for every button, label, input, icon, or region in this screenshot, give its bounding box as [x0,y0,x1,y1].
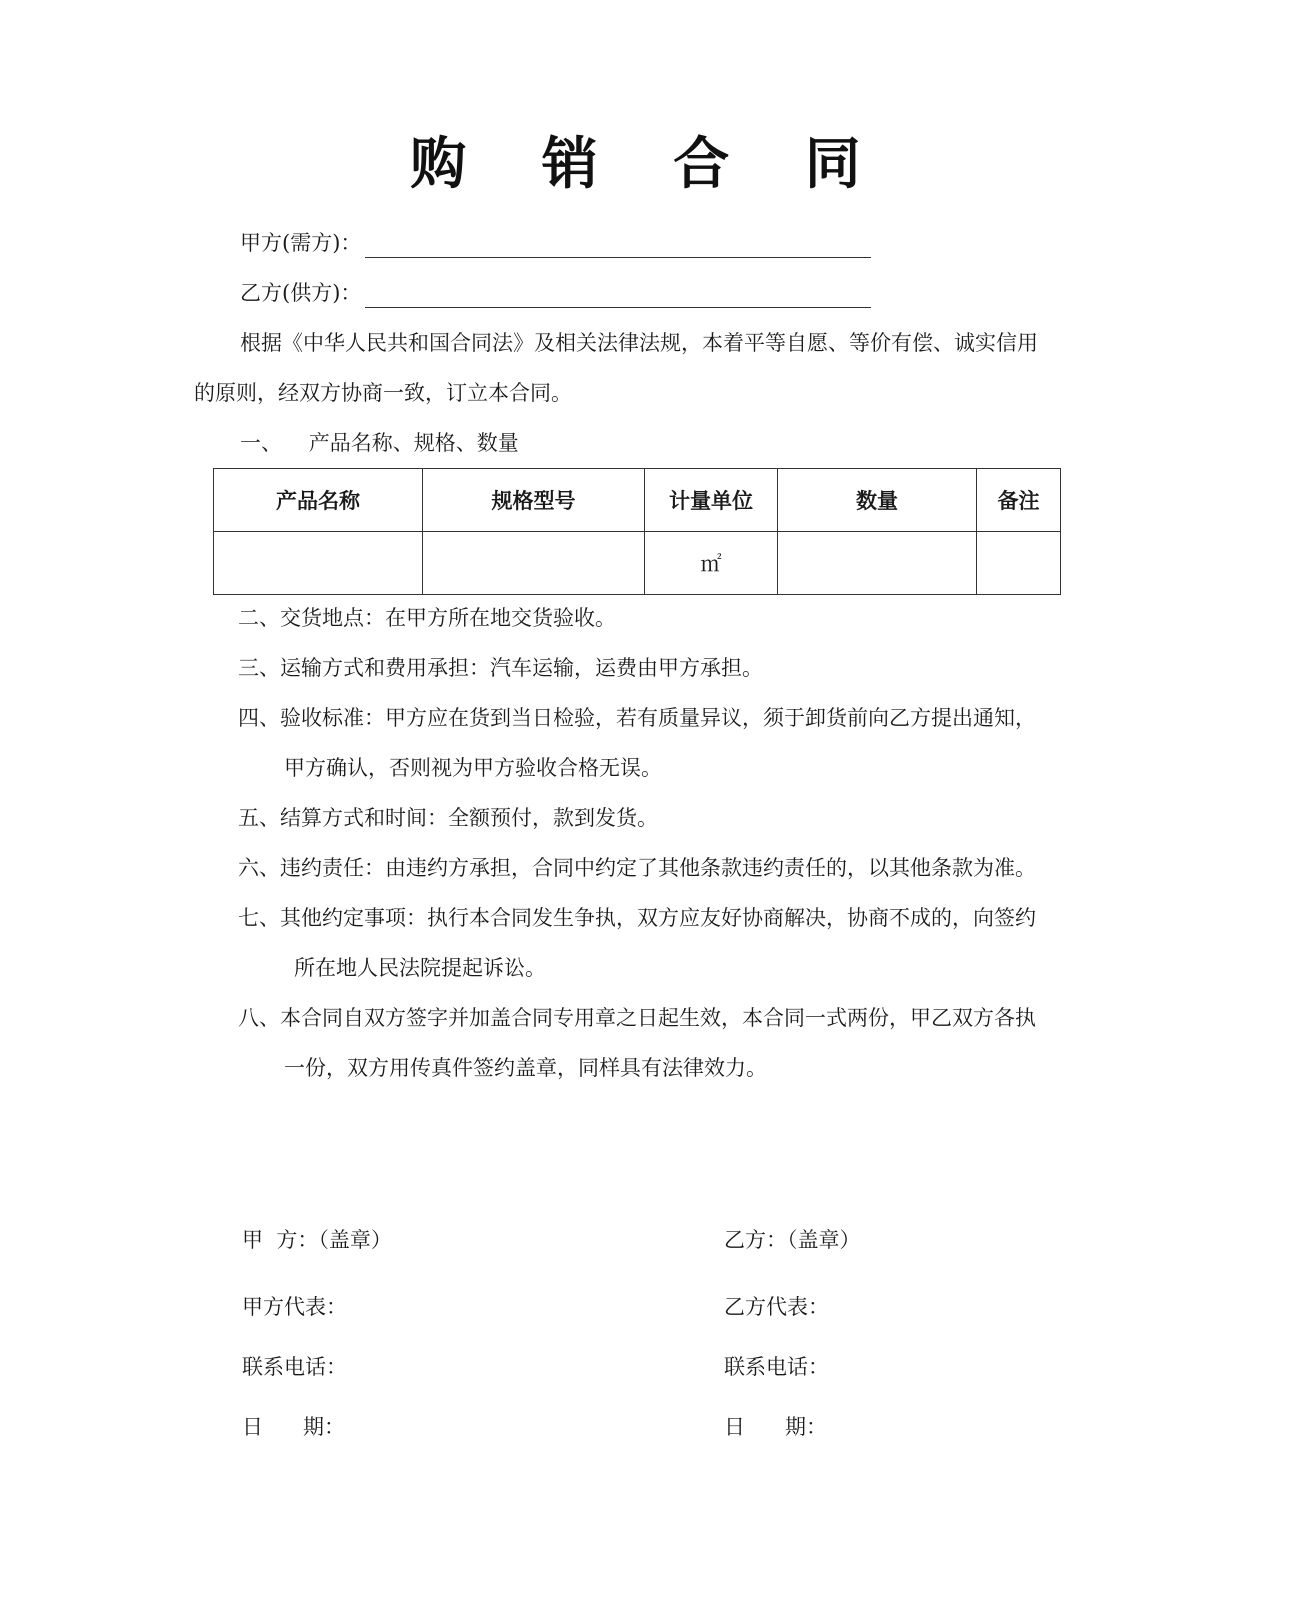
table-row: ㎡ [214,532,1061,595]
buyer-rep-label: 甲方代表： [242,1292,347,1322]
clause-8-line-2: 一份，双方用传真件签约盖章，同样具有法律效力。 [284,1053,767,1083]
clause-7-line-2: 所在地人民法院提起诉讼。 [294,953,546,983]
clause-6: 六、违约责任：由违约方承担，合同中约定了其他条款违约责任的，以其他条款为准。 [238,853,1036,883]
header-quantity: 数量 [778,469,977,532]
buyer-date-label: 日 期： [242,1412,345,1442]
header-remarks: 备注 [977,469,1061,532]
seller-blank-field[interactable] [365,285,871,308]
buyer-seal-label: 甲 方：（盖章） [242,1225,392,1255]
header-spec-model: 规格型号 [423,469,645,532]
seller-label: 乙方(供方)： [240,281,361,305]
cell-remarks[interactable] [977,532,1061,595]
buyer-line: 甲方(需方)： [240,228,871,258]
seller-phone-label: 联系电话： [724,1352,829,1382]
buyer-phone-label: 联系电话： [242,1352,347,1382]
clause-4-line-1: 四、验收标准：甲方应在货到当日检验，若有质量异议，须于卸货前向乙方提出通知， [238,703,1036,733]
seller-date-label: 日 期： [724,1412,827,1442]
clause-2: 二、交货地点：在甲方所在地交货验收。 [238,603,616,633]
table-header-row: 产品名称 规格型号 计量单位 数量 备注 [214,469,1061,532]
seller-line: 乙方(供方)： [240,278,871,308]
header-unit: 计量单位 [645,469,778,532]
clause-8-line-1: 八、本合同自双方签字并加盖合同专用章之日起生效，本合同一式两份，甲乙双方各执 [238,1003,1036,1033]
buyer-label: 甲方(需方)： [240,231,361,255]
cell-product-name[interactable] [214,532,423,595]
cell-unit[interactable]: ㎡ [645,532,778,595]
preamble-line-1: 根据《中华人民共和国合同法》及相关法律法规，本着平等自愿、等价有偿、诚实信用 [240,328,1038,358]
clause-4-line-2: 甲方确认，否则视为甲方验收合格无误。 [284,753,662,783]
product-table: 产品名称 规格型号 计量单位 数量 备注 ㎡ [213,468,1061,595]
seller-seal-label: 乙方：（盖章） [724,1225,861,1255]
seller-rep-label: 乙方代表： [724,1292,829,1322]
clause-3: 三、运输方式和费用承担：汽车运输，运费由甲方承担。 [238,653,763,683]
header-product-name: 产品名称 [214,469,423,532]
preamble-line-2: 的原则，经双方协商一致，订立本合同。 [194,378,572,408]
document-title: 购 销 合 同 [0,120,1299,200]
cell-quantity[interactable] [778,532,977,595]
buyer-blank-field[interactable] [365,235,871,258]
cell-spec-model[interactable] [423,532,645,595]
clause-5: 五、结算方式和时间：全额预付，款到发货。 [238,803,658,833]
section-1-heading: 一、 产品名称、规格、数量 [240,428,519,458]
clause-7-line-1: 七、其他约定事项：执行本合同发生争执，双方应友好协商解决，协商不成的，向签约 [238,903,1036,933]
